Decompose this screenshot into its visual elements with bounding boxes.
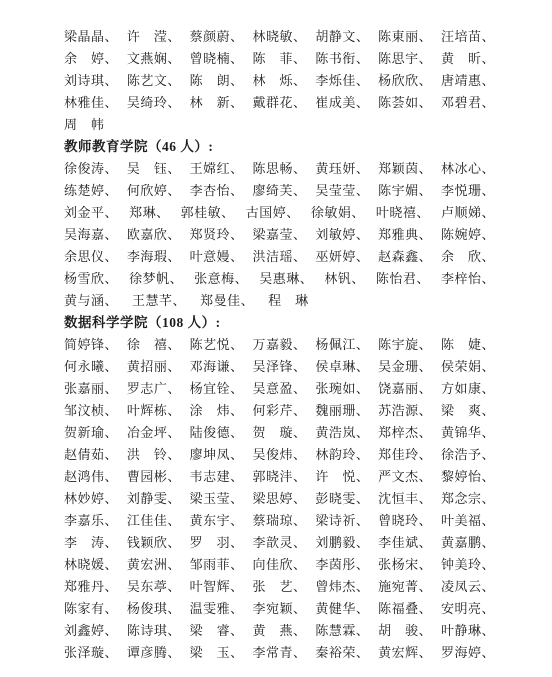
name-line: 梁晶晶、许 滢、蔡颜蔚、林晓敏、胡静文、陈東丽、汪培苗、 bbox=[64, 24, 495, 46]
person-name: 刘鑫婷 bbox=[64, 620, 105, 639]
person-name: 周 帏 bbox=[64, 114, 105, 133]
separator: 、 bbox=[351, 268, 365, 287]
separator: 、 bbox=[230, 70, 244, 89]
name-item: 余 欣、 bbox=[441, 246, 495, 265]
name-item: 张琬如、 bbox=[315, 378, 369, 397]
person-name: 陈思畅 bbox=[252, 158, 293, 177]
person-name: 许 滢 bbox=[127, 26, 168, 45]
person-name: 黄健华 bbox=[315, 598, 356, 617]
person-name: 陈怡君 bbox=[376, 268, 417, 287]
person-name: 文燕娴 bbox=[127, 48, 168, 67]
separator: 、 bbox=[356, 510, 370, 529]
name-item: 严文杰、 bbox=[378, 466, 432, 485]
name-item: 郭晓沣、 bbox=[252, 466, 306, 485]
separator: 、 bbox=[235, 268, 249, 287]
name-line: 练楚婷、何欣婷、李杏怡、廖绮芙、吴莹莹、陈宇媚、李悦珊、 bbox=[64, 178, 495, 200]
name-item: 黄锦华、 bbox=[441, 422, 495, 441]
name-item: 杨佩江、 bbox=[315, 334, 369, 353]
separator: 、 bbox=[481, 532, 495, 551]
name-item: 陈婉婷、 bbox=[441, 224, 495, 243]
name-item: 贺新瑜、 bbox=[64, 422, 118, 441]
name-item: 戴群花、 bbox=[252, 92, 306, 111]
separator: 、 bbox=[170, 268, 184, 287]
separator: 、 bbox=[105, 642, 119, 661]
separator: 、 bbox=[221, 202, 235, 221]
name-item: 陆俊德、 bbox=[190, 422, 244, 441]
person-name: 陈艺文 bbox=[127, 70, 168, 89]
person-name: 陈 朗 bbox=[190, 70, 231, 89]
separator: 、 bbox=[419, 598, 433, 617]
separator: 、 bbox=[230, 488, 244, 507]
name-item: 张 艺、 bbox=[252, 576, 306, 595]
separator: 、 bbox=[419, 158, 433, 177]
name-item: 徐 禧、 bbox=[127, 334, 181, 353]
separator: 、 bbox=[230, 356, 244, 375]
separator: 、 bbox=[416, 268, 430, 287]
person-name: 黄招丽 bbox=[127, 356, 168, 375]
person-name: 汪培苗 bbox=[441, 26, 482, 45]
separator: 、 bbox=[167, 48, 181, 67]
separator: 、 bbox=[105, 532, 119, 551]
name-item: 张泽璇、 bbox=[64, 642, 118, 661]
name-item: 刘金平、 bbox=[64, 202, 118, 221]
person-name: 徐俊涛 bbox=[64, 158, 105, 177]
person-name: 何欣婷 bbox=[127, 180, 168, 199]
name-item: 黄 昕、 bbox=[441, 48, 495, 67]
separator: 、 bbox=[356, 444, 370, 463]
name-item: 许 悦、 bbox=[315, 466, 369, 485]
name-item: 林雅佳、 bbox=[64, 92, 118, 111]
person-name: 严文杰 bbox=[378, 466, 419, 485]
name-item: 崔成美、 bbox=[315, 92, 369, 111]
separator: 、 bbox=[230, 620, 244, 639]
separator: 、 bbox=[356, 532, 370, 551]
person-name: 陈婉婷 bbox=[441, 224, 482, 243]
separator: 、 bbox=[230, 246, 244, 265]
name-item: 梁 玉、 bbox=[190, 642, 244, 661]
name-item: 黄 燕、 bbox=[252, 620, 306, 639]
name-line: 赵倩茹、洪 铃、廖坤凤、吴俊炜、林韵玲、郑佳玲、徐浩予、 bbox=[64, 442, 495, 464]
name-item: 曾晓楠、 bbox=[190, 48, 244, 67]
person-name: 郑雅典 bbox=[378, 224, 419, 243]
name-item: 黄宏辉、 bbox=[378, 642, 432, 661]
name-item: 徐敏娟、 bbox=[311, 202, 365, 221]
person-name: 林妙婷 bbox=[64, 488, 105, 507]
name-item: 黄东宇、 bbox=[190, 510, 244, 529]
person-name: 余 欣 bbox=[441, 246, 482, 265]
name-item: 曾晓玲、 bbox=[378, 510, 432, 529]
person-name: 黄 昕 bbox=[441, 48, 482, 67]
person-name: 黄嘉鹏 bbox=[441, 532, 482, 551]
name-item: 李梓怡、 bbox=[441, 268, 495, 287]
person-name: 曹园彬 bbox=[127, 466, 168, 485]
separator: 、 bbox=[419, 576, 433, 595]
name-item: 沈恒丰、 bbox=[378, 488, 432, 507]
name-item: 徐浩予、 bbox=[441, 444, 495, 463]
name-item: 胡静文、 bbox=[315, 26, 369, 45]
name-item: 梁诗祈、 bbox=[315, 510, 369, 529]
name-item: 许 滢、 bbox=[127, 26, 181, 45]
person-name: 吴意盈 bbox=[252, 378, 293, 397]
name-item: 何欣婷、 bbox=[127, 180, 181, 199]
person-name: 陈東丽 bbox=[378, 26, 419, 45]
person-name: 梁玉莹 bbox=[190, 488, 231, 507]
separator: 、 bbox=[419, 466, 433, 485]
person-name: 胡 骏 bbox=[378, 620, 419, 639]
name-item: 谭彦腾、 bbox=[127, 642, 181, 661]
separator: 、 bbox=[173, 290, 187, 309]
separator: 、 bbox=[105, 510, 119, 529]
separator: 、 bbox=[481, 48, 495, 67]
person-name: 林 烁 bbox=[252, 70, 293, 89]
separator: 、 bbox=[293, 576, 307, 595]
name-item: 叶美福、 bbox=[441, 510, 495, 529]
name-item: 方如康、 bbox=[441, 378, 495, 397]
separator: 、 bbox=[419, 378, 433, 397]
name-item: 郑曼佳、 bbox=[200, 290, 254, 309]
name-item: 洪洁瑶、 bbox=[252, 246, 306, 265]
name-item: 余 婷、 bbox=[64, 48, 118, 67]
name-item: 陈 婕、 bbox=[441, 334, 495, 353]
person-name: 黄浩岚 bbox=[315, 422, 356, 441]
person-name: 沈恒丰 bbox=[378, 488, 419, 507]
person-name: 梁 爽 bbox=[441, 400, 482, 419]
person-name: 何彩芹 bbox=[252, 400, 293, 419]
name-line: 张泽璇、谭彦腾、梁 玉、李常青、秦裕荣、黄宏辉、罗海婷、 bbox=[64, 640, 495, 662]
person-name: 陈书衔 bbox=[315, 48, 356, 67]
separator: 、 bbox=[167, 400, 181, 419]
separator: 、 bbox=[167, 70, 181, 89]
separator: 、 bbox=[300, 268, 314, 287]
separator: 、 bbox=[293, 598, 307, 617]
name-item: 黄招丽、 bbox=[127, 356, 181, 375]
person-name: 刘敏婷 bbox=[315, 224, 356, 243]
person-name: 林冰心 bbox=[441, 158, 482, 177]
name-item: 陈宇媚、 bbox=[378, 180, 432, 199]
person-name: 刘静雯 bbox=[127, 488, 168, 507]
name-item: 陈慧霖、 bbox=[315, 620, 369, 639]
name-line: 余 婷、文燕娴、曾晓楠、陈 菲、陈书衔、陈思宇、黄 昕、 bbox=[64, 46, 495, 68]
separator: 、 bbox=[167, 444, 181, 463]
person-name: 冶金坪 bbox=[127, 422, 168, 441]
separator: 、 bbox=[481, 620, 495, 639]
person-name: 刘鹏毅 bbox=[315, 532, 356, 551]
person-name: 张杨宋 bbox=[378, 554, 419, 573]
name-line: 郑雅丹、吴东葶、叶智辉、张 艺、曾炜杰、施宛菁、凌凤云、 bbox=[64, 574, 495, 596]
person-name: 赵鸿伟 bbox=[64, 466, 105, 485]
separator: 、 bbox=[481, 576, 495, 595]
separator: 、 bbox=[105, 70, 119, 89]
name-item: 罗 羽、 bbox=[190, 532, 244, 551]
name-item: 魏丽珊、 bbox=[315, 400, 369, 419]
separator: 、 bbox=[105, 554, 119, 573]
name-item: 欧嘉欣、 bbox=[127, 224, 181, 243]
name-item: 涂 炜、 bbox=[190, 400, 244, 419]
person-name: 洪洁瑶 bbox=[252, 246, 293, 265]
separator: 、 bbox=[167, 180, 181, 199]
name-item: 陈怡君、 bbox=[376, 268, 430, 287]
person-name: 韦志建 bbox=[190, 466, 231, 485]
name-item: 黄健华、 bbox=[315, 598, 369, 617]
name-item: 黎婷怡、 bbox=[441, 466, 495, 485]
name-item: 陈 菲、 bbox=[252, 48, 306, 67]
person-name: 李 涛 bbox=[64, 532, 105, 551]
name-item: 韦志建、 bbox=[190, 466, 244, 485]
name-line: 邹汶桢、叶辉栋、涂 炜、何彩芹、魏丽珊、苏浩源、梁 爽、 bbox=[64, 398, 495, 420]
separator: 、 bbox=[230, 532, 244, 551]
name-item: 李宛颖、 bbox=[252, 598, 306, 617]
person-name: 张嘉丽 bbox=[64, 378, 105, 397]
separator: 、 bbox=[293, 334, 307, 353]
name-item: 黄嘉鹏、 bbox=[441, 532, 495, 551]
person-name: 张 艺 bbox=[252, 576, 293, 595]
name-item: 吴意盈、 bbox=[252, 378, 306, 397]
separator: 、 bbox=[419, 400, 433, 419]
person-name: 林晓媛 bbox=[64, 554, 105, 573]
person-name: 吴泽锋 bbox=[252, 356, 293, 375]
person-name: 张琬如 bbox=[315, 378, 356, 397]
person-name: 李海瑕 bbox=[127, 246, 168, 265]
name-item: 王嫦红、 bbox=[190, 158, 244, 177]
name-item: 李嘉乐、 bbox=[64, 510, 118, 529]
name-item: 赵森鑫、 bbox=[378, 246, 432, 265]
name-item: 安明亮、 bbox=[441, 598, 495, 617]
name-item: 徐梦帆、 bbox=[129, 268, 183, 287]
separator: 、 bbox=[293, 444, 307, 463]
separator: 、 bbox=[293, 158, 307, 177]
person-name: 赵倩茹 bbox=[64, 444, 105, 463]
separator: 、 bbox=[105, 202, 119, 221]
person-name: 吴俊炜 bbox=[252, 444, 293, 463]
name-item: 郑颖茵、 bbox=[378, 158, 432, 177]
name-line: 刘诗琪、陈艺文、陈 朗、林 烁、李烁佳、杨欣欣、唐靖惠、 bbox=[64, 68, 495, 90]
name-item: 周 帏 bbox=[64, 114, 105, 133]
person-name: 凌凤云 bbox=[441, 576, 482, 595]
separator: 、 bbox=[356, 158, 370, 177]
name-item: 李 涛、 bbox=[64, 532, 118, 551]
name-item: 杨雪欣、 bbox=[64, 268, 118, 287]
separator: 、 bbox=[293, 180, 307, 199]
name-item: 林韵玲、 bbox=[315, 444, 369, 463]
name-item: 巫妍婷、 bbox=[315, 246, 369, 265]
separator: 、 bbox=[356, 180, 370, 199]
name-item: 吴莹莹、 bbox=[315, 180, 369, 199]
name-item: 陈思畅、 bbox=[252, 158, 306, 177]
separator: 、 bbox=[230, 510, 244, 529]
separator: 、 bbox=[419, 246, 433, 265]
person-name: 黄珏妍 bbox=[315, 158, 356, 177]
person-name: 刘金平 bbox=[64, 202, 105, 221]
person-name: 郑琳 bbox=[129, 202, 156, 221]
name-item: 邓海谦、 bbox=[190, 356, 244, 375]
name-item: 梁嘉莹、 bbox=[252, 224, 306, 243]
name-item: 陈福叠、 bbox=[378, 598, 432, 617]
separator: 、 bbox=[105, 48, 119, 67]
person-name: 廖绮芙 bbox=[252, 180, 293, 199]
name-item: 刘鹏毅、 bbox=[315, 532, 369, 551]
person-name: 徐 禧 bbox=[127, 334, 168, 353]
separator: 、 bbox=[230, 224, 244, 243]
name-item: 唐靖惠、 bbox=[441, 70, 495, 89]
person-name: 陈福叠 bbox=[378, 598, 419, 617]
name-item: 梁晶晶、 bbox=[64, 26, 118, 45]
person-name: 廖坤凤 bbox=[190, 444, 231, 463]
separator: 、 bbox=[356, 92, 370, 111]
person-name: 杨雪欣 bbox=[64, 268, 105, 287]
person-name: 涂 炜 bbox=[190, 400, 231, 419]
person-name: 林钒 bbox=[324, 268, 351, 287]
separator: 、 bbox=[356, 334, 370, 353]
person-name: 李歆灵 bbox=[252, 532, 293, 551]
person-name: 梁思婷 bbox=[252, 488, 293, 507]
name-item: 贺 璇、 bbox=[252, 422, 306, 441]
separator: 、 bbox=[230, 48, 244, 67]
name-item: 冶金坪、 bbox=[127, 422, 181, 441]
separator: 、 bbox=[167, 356, 181, 375]
separator: 、 bbox=[419, 510, 433, 529]
person-name: 郑颖茵 bbox=[378, 158, 419, 177]
separator: 、 bbox=[167, 576, 181, 595]
person-name: 徐敏娟 bbox=[311, 202, 352, 221]
separator: 、 bbox=[105, 224, 119, 243]
separator: 、 bbox=[293, 356, 307, 375]
person-name: 吴金珊 bbox=[378, 356, 419, 375]
separator: 、 bbox=[419, 488, 433, 507]
separator: 、 bbox=[105, 598, 119, 617]
person-name: 黄东宇 bbox=[190, 510, 231, 529]
name-item: 林钒、 bbox=[324, 268, 365, 287]
separator: 、 bbox=[356, 488, 370, 507]
separator: 、 bbox=[293, 70, 307, 89]
separator: 、 bbox=[241, 290, 255, 309]
name-item: 邹汶桢、 bbox=[64, 400, 118, 419]
name-item: 古国婷、 bbox=[246, 202, 300, 221]
separator: 、 bbox=[481, 642, 495, 661]
separator: 、 bbox=[167, 246, 181, 265]
person-name: 梁诗祈 bbox=[315, 510, 356, 529]
person-name: 黎婷怡 bbox=[441, 466, 482, 485]
name-item: 叶辉栋、 bbox=[127, 400, 181, 419]
name-item: 梁思婷、 bbox=[252, 488, 306, 507]
separator: 、 bbox=[419, 92, 433, 111]
name-item: 赵鸿伟、 bbox=[64, 466, 118, 485]
person-name: 吴东葶 bbox=[127, 576, 168, 595]
name-item: 邓碧君、 bbox=[441, 92, 495, 111]
name-item: 钱颖欣、 bbox=[127, 532, 181, 551]
name-item: 郑佳玲、 bbox=[378, 444, 432, 463]
name-item: 彭晓雯、 bbox=[315, 488, 369, 507]
name-item: 吴 钰、 bbox=[127, 158, 181, 177]
name-item: 叶意嫚、 bbox=[190, 246, 244, 265]
name-item: 廖坤凤、 bbox=[190, 444, 244, 463]
person-name: 叶美福 bbox=[441, 510, 482, 529]
separator: 、 bbox=[293, 224, 307, 243]
name-line: 刘鑫婷、陈诗琪、梁 睿、黄 燕、陈慧霖、胡 骏、叶静琳、 bbox=[64, 618, 495, 640]
name-item: 陈艺文、 bbox=[127, 70, 181, 89]
separator: 、 bbox=[356, 246, 370, 265]
name-item: 施宛菁、 bbox=[378, 576, 432, 595]
name-item: 钟美玲、 bbox=[441, 554, 495, 573]
person-name: 戴群花 bbox=[252, 92, 293, 111]
name-item: 梁 爽、 bbox=[441, 400, 495, 419]
name-item: 何永曦、 bbox=[64, 356, 118, 375]
name-item: 陈荟如、 bbox=[378, 92, 432, 111]
person-name: 许 悦 bbox=[315, 466, 356, 485]
person-name: 饶嘉丽 bbox=[378, 378, 419, 397]
person-name: 陈 婕 bbox=[441, 334, 482, 353]
person-name: 林韵玲 bbox=[315, 444, 356, 463]
separator: 、 bbox=[105, 26, 119, 45]
name-item: 郑贤玲、 bbox=[190, 224, 244, 243]
person-name: 陈家有 bbox=[64, 598, 105, 617]
document-page: 梁晶晶、许 滢、蔡颜蔚、林晓敏、胡静文、陈東丽、汪培苗、余 婷、文燕娴、曾晓楠、… bbox=[0, 0, 552, 677]
person-name: 陈宇旋 bbox=[378, 334, 419, 353]
person-name: 余思仪 bbox=[64, 246, 105, 265]
person-name: 罗海婷 bbox=[441, 642, 482, 661]
separator: 、 bbox=[481, 466, 495, 485]
person-name: 洪 铃 bbox=[127, 444, 168, 463]
name-item: 梁玉莹、 bbox=[190, 488, 244, 507]
name-item: 向佳欣、 bbox=[252, 554, 306, 573]
person-name: 徐浩予 bbox=[441, 444, 482, 463]
separator: 、 bbox=[230, 26, 244, 45]
name-item: 林晓媛、 bbox=[64, 554, 118, 573]
separator: 、 bbox=[230, 92, 244, 111]
person-name: 吴 钰 bbox=[127, 158, 168, 177]
person-name: 方如康 bbox=[441, 378, 482, 397]
name-line: 李 涛、钱颖欣、罗 羽、李歆灵、刘鹏毅、李佳斌、黄嘉鹏、 bbox=[64, 530, 495, 552]
name-item: 王慧芊、 bbox=[132, 290, 186, 309]
person-name: 李嘉乐 bbox=[64, 510, 105, 529]
separator: 、 bbox=[481, 246, 495, 265]
name-item: 凌凤云、 bbox=[441, 576, 495, 595]
person-name: 彭晓雯 bbox=[315, 488, 356, 507]
person-name: 刘诗琪 bbox=[64, 70, 105, 89]
separator: 、 bbox=[356, 378, 370, 397]
name-item: 何彩芹、 bbox=[252, 400, 306, 419]
name-item: 陈书衔、 bbox=[315, 48, 369, 67]
name-item: 叶智辉、 bbox=[190, 576, 244, 595]
separator: 、 bbox=[481, 400, 495, 419]
separator: 、 bbox=[356, 224, 370, 243]
name-item: 黄与涵、 bbox=[64, 290, 118, 309]
separator: 、 bbox=[481, 554, 495, 573]
separator: 、 bbox=[293, 620, 307, 639]
name-item: 李佳斌、 bbox=[378, 532, 432, 551]
person-name: 邓碧君 bbox=[441, 92, 482, 111]
separator: 、 bbox=[167, 642, 181, 661]
separator: 、 bbox=[356, 422, 370, 441]
person-name: 邹雨菲 bbox=[190, 554, 231, 573]
name-item: 林妙婷、 bbox=[64, 488, 118, 507]
name-item: 郑念宗、 bbox=[441, 488, 495, 507]
separator: 、 bbox=[105, 158, 119, 177]
separator: 、 bbox=[419, 422, 433, 441]
person-name: 陈荟如 bbox=[378, 92, 419, 111]
separator: 、 bbox=[105, 466, 119, 485]
section-heading: 数据科学学院（108 人）: bbox=[64, 310, 495, 332]
name-item: 林冰心、 bbox=[441, 158, 495, 177]
person-name: 黄锦华 bbox=[441, 422, 482, 441]
name-item: 邹雨菲、 bbox=[190, 554, 244, 573]
person-name: 李常青 bbox=[252, 642, 293, 661]
name-item: 余思仪、 bbox=[64, 246, 118, 265]
name-item: 郑雅丹、 bbox=[64, 576, 118, 595]
name-item: 卢顺娣、 bbox=[441, 202, 495, 221]
name-item: 吴东葶、 bbox=[127, 576, 181, 595]
separator: 、 bbox=[481, 158, 495, 177]
separator: 、 bbox=[481, 598, 495, 617]
